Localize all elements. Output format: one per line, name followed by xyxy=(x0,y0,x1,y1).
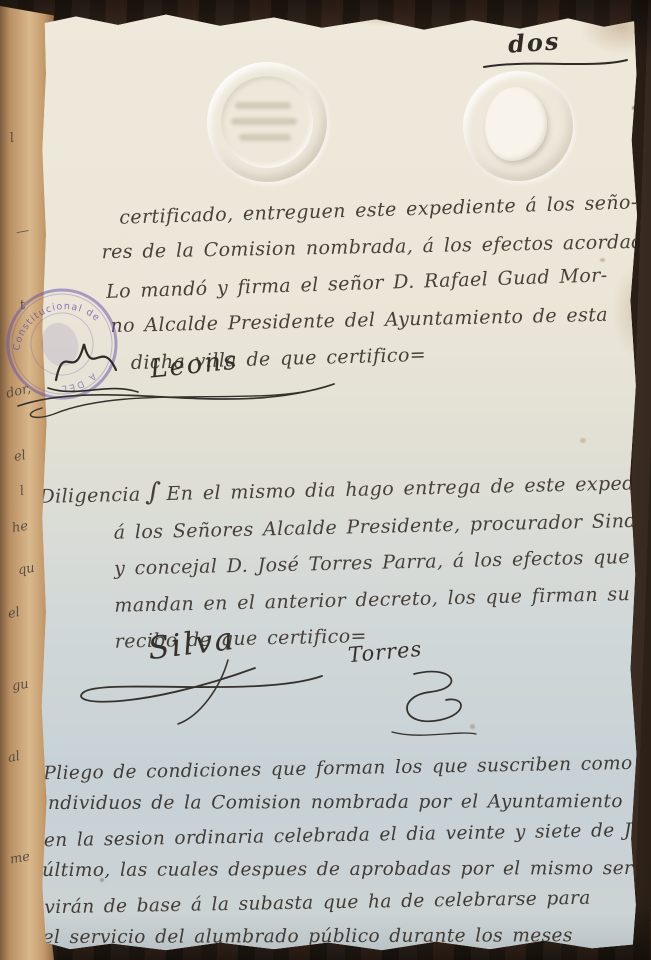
embossed-profile-bust xyxy=(485,87,547,161)
embossed-seal-left xyxy=(207,62,327,182)
diligencia-flourish-mark: ∫ xyxy=(144,474,162,512)
prev-page-fragment: al xyxy=(7,749,21,766)
prev-page-fragment: he xyxy=(11,519,29,537)
foxing-spot xyxy=(100,878,104,882)
diligencia-label: Diligencia xyxy=(39,484,141,508)
diligencia-paragraph: Diligencia∫En el mismo dia hago entrega … xyxy=(39,467,651,657)
foxing-spot xyxy=(632,106,636,110)
certification-paragraph: certificado, entreguen este expediente á… xyxy=(111,189,643,377)
signature-flourish xyxy=(12,368,342,423)
page-number-underline xyxy=(480,54,630,74)
pliego-line: Pliego de condiciones que forman los que… xyxy=(43,747,643,791)
prev-page-fragment: gu xyxy=(11,677,30,695)
prev-page-fragment: l xyxy=(19,484,26,499)
diligencia-line-text: En el mismo dia hago entrega de este exp… xyxy=(166,471,651,505)
embossed-seal-text-impression xyxy=(235,102,291,109)
document-page: dos certificado, entreguen este expedien… xyxy=(40,8,640,952)
photo-background: l — t dor, el l he qu el gu al me dos ce… xyxy=(0,0,651,960)
foxing-spot xyxy=(580,438,586,443)
pliego-line: en la sesion ordinaria celebrada el dia … xyxy=(44,814,644,858)
embossed-seal-text-impression xyxy=(239,134,291,141)
prev-page-fragment: qu xyxy=(17,561,36,579)
foxing-spot xyxy=(600,258,605,262)
pliego-line: virán de base á la subasta que ha de cel… xyxy=(44,881,644,925)
embossed-seal-text-impression xyxy=(231,118,297,125)
prev-page-fragment: me xyxy=(9,849,31,867)
prev-page-fragment: — xyxy=(15,223,30,240)
embossed-seal-right xyxy=(463,71,573,181)
prev-page-fragment: l xyxy=(9,131,16,146)
signature-torres-rubric xyxy=(372,666,492,741)
prev-page-fragment: el xyxy=(7,605,21,622)
signature-silva-flourish xyxy=(60,658,340,728)
prev-page-fragment: el xyxy=(13,448,27,465)
pliego-line: el servicio del alumbrado público durant… xyxy=(43,918,645,954)
pliego-paragraph: Pliego de condiciones que forman los que… xyxy=(43,750,644,955)
